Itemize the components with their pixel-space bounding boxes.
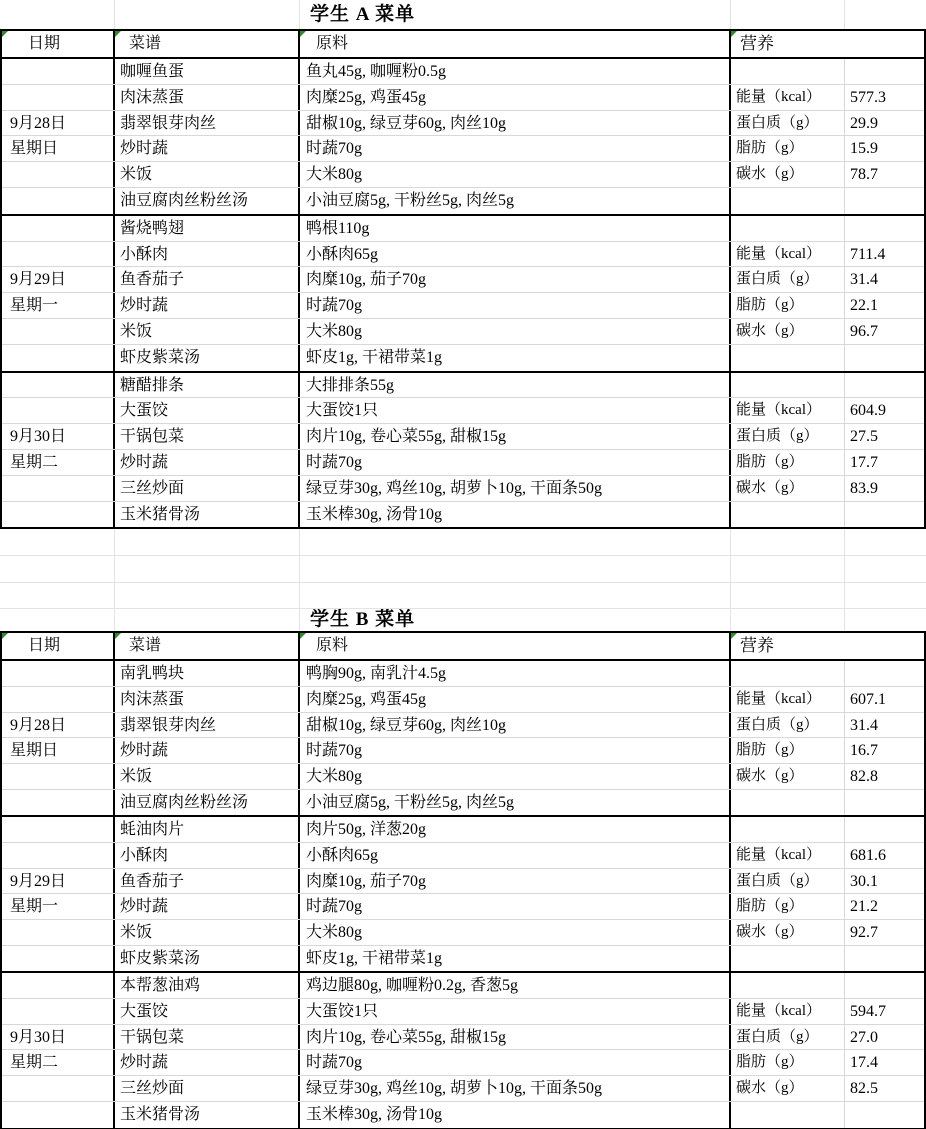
cell-error-icon [2,633,8,639]
nutrition-label-cell[interactable]: 碳水（g） [731,764,845,789]
dish-name-cell[interactable]: 小酥肉 [115,843,300,868]
empty-date-cell[interactable] [2,85,115,110]
ingredients-cell[interactable]: 玉米棒30g, 汤骨10g [300,502,731,528]
dish-name-cell[interactable]: 炒时蔬 [115,738,300,763]
ingredients-cell[interactable]: 绿豆芽30g, 鸡丝10g, 胡萝卜10g, 干面条50g [300,476,731,501]
header-date-label: 日期 [28,35,60,52]
nutrition-value-cell[interactable]: 78.7 [845,162,924,187]
dish-name-cell[interactable]: 蚝油肉片 [115,817,300,842]
ingredients-cell[interactable]: 大蛋饺1只 [300,398,731,423]
empty-grid-cell[interactable] [0,556,115,582]
nutrition-label-cell[interactable]: 蛋白质（g） [731,111,845,136]
ingredients-cell[interactable]: 肉糜10g, 茄子70g [300,869,731,894]
empty-nutrition-label-cell[interactable] [731,973,845,998]
nutrition-value-cell[interactable]: 27.0 [845,1025,924,1050]
nutrition-label-cell[interactable]: 能量（kcal） [731,85,845,110]
ingredients-cell[interactable]: 肉糜10g, 茄子70g [300,267,731,292]
header-ingredients[interactable]: 原料 [300,633,731,659]
nutrition-label-cell[interactable]: 脂肪（g） [731,1050,845,1075]
sheet-row: 小酥肉小酥肉65g能量（kcal）681.6 [2,843,924,869]
header-ingredients-label: 原料 [316,637,348,654]
empty-date-cell[interactable] [2,216,115,241]
nutrition-label-cell[interactable]: 蛋白质（g） [731,869,845,894]
empty-nutrition-value-cell[interactable] [845,817,924,842]
nutrition-label-cell[interactable]: 蛋白质（g） [731,713,845,738]
ingredients-cell[interactable]: 大米80g [300,764,731,789]
sheet-row: 9月29日鱼香茄子肉糜10g, 茄子70g蛋白质（g）31.4 [2,267,924,293]
ingredients-cell[interactable]: 时蔬70g [300,293,731,318]
sheet-row: 9月29日鱼香茄子肉糜10g, 茄子70g蛋白质（g）30.1 [2,869,924,895]
ingredients-cell[interactable]: 虾皮1g, 干裙带菜1g [300,946,731,972]
menu-title[interactable]: 学生 B 菜单 [300,609,731,631]
empty-nutrition-label-cell[interactable] [731,661,845,686]
cell-error-icon [731,31,737,37]
empty-date-cell[interactable] [2,817,115,842]
sheet-row: 星期二炒时蔬时蔬70g脂肪（g）17.4 [2,1050,924,1076]
header-date[interactable]: 日期 [2,633,115,659]
empty-grid-cell[interactable] [115,529,300,555]
ingredients-cell[interactable]: 肉片50g, 洋葱20g [300,817,731,842]
dish-name-cell[interactable]: 米饭 [115,920,300,945]
dish-name-cell[interactable]: 鱼香茄子 [115,267,300,292]
empty-date-cell[interactable] [2,687,115,712]
nutrition-value-cell[interactable]: 607.1 [845,687,924,712]
dish-name-cell[interactable]: 炒时蔬 [115,450,300,475]
nutrition-label-cell[interactable]: 脂肪（g） [731,293,845,318]
empty-grid-cell[interactable] [0,529,115,555]
nutrition-label-cell[interactable]: 脂肪（g） [731,738,845,763]
nutrition-label-cell[interactable]: 能量（kcal） [731,999,845,1024]
nutrition-value-cell[interactable]: 604.9 [845,398,924,423]
nutrition-value-cell[interactable]: 711.4 [845,242,924,267]
nutrition-label-cell[interactable]: 脂肪（g） [731,894,845,919]
day-blocks: 咖喱鱼蛋鱼丸45g, 咖喱粉0.5g肉沫蒸蛋肉糜25g, 鸡蛋45g能量（kca… [2,59,924,527]
empty-date-cell[interactable] [2,790,115,816]
empty-date-cell[interactable] [2,764,115,789]
sheet-row: 三丝炒面绿豆芽30g, 鸡丝10g, 胡萝卜10g, 干面条50g碳水（g）83… [2,476,924,502]
date-cell[interactable]: 9月30日 [2,424,115,449]
ingredients-cell[interactable]: 鸭胸90g, 南乳汁4.5g [300,661,731,686]
empty-grid-cell[interactable] [0,583,115,609]
empty-nutrition-value-cell[interactable] [845,1102,924,1128]
nutrition-value-cell[interactable]: 27.5 [845,424,924,449]
sheet-row: 虾皮紫菜汤虾皮1g, 干裙带菜1g [2,345,924,371]
empty-date-cell[interactable] [2,373,115,398]
header-nutrition[interactable]: 营养 [731,633,924,659]
cell-error-icon [2,31,8,37]
nutrition-value-cell[interactable]: 16.7 [845,738,924,763]
empty-nutrition-value-cell[interactable] [845,188,924,214]
sheet-row: 9月28日翡翠银芽肉丝甜椒10g, 绿豆芽60g, 肉丝10g蛋白质（g）31.… [2,713,924,739]
dish-name-cell[interactable]: 小酥肉 [115,242,300,267]
empty-grid-cell[interactable] [845,556,926,582]
dish-name-cell[interactable]: 油豆腐肉丝粉丝汤 [115,188,300,214]
menu-title[interactable]: 学生 A 菜单 [300,0,731,29]
cell-error-icon [115,633,121,639]
dish-name-cell[interactable]: 米饭 [115,162,300,187]
sheet-row: 星期一炒时蔬时蔬70g脂肪（g）22.1 [2,293,924,319]
nutrition-value-cell[interactable]: 15.9 [845,136,924,161]
sheet-row: 米饭大米80g碳水（g）92.7 [2,920,924,946]
dish-name-cell[interactable]: 南乳鸭块 [115,661,300,686]
empty-nutrition-label-cell[interactable] [731,790,845,816]
nutrition-value-cell[interactable]: 17.7 [845,450,924,475]
dish-name-cell[interactable]: 玉米猪骨汤 [115,502,300,528]
header-nutrition[interactable]: 营养 [731,31,924,57]
empty-date-cell[interactable] [2,843,115,868]
empty-grid-cell[interactable] [300,529,731,555]
ingredients-cell[interactable]: 虾皮1g, 干裙带菜1g [300,345,731,371]
ingredients-cell[interactable]: 大米80g [300,162,731,187]
ingredients-cell[interactable]: 鸭根110g [300,216,731,241]
weekday-cell[interactable]: 星期二 [2,1050,115,1075]
empty-nutrition-label-cell[interactable] [731,502,845,528]
ingredients-cell[interactable]: 时蔬70g [300,1050,731,1075]
empty-date-cell[interactable] [2,59,115,84]
day-block: 蚝油肉片肉片50g, 洋葱20g小酥肉小酥肉65g能量（kcal）681.69月… [2,817,924,973]
header-recipe-label: 菜谱 [129,637,161,654]
empty-nutrition-value-cell[interactable] [845,790,924,816]
nutrition-label-cell[interactable]: 碳水（g） [731,319,845,344]
dish-name-cell[interactable]: 大蛋饺 [115,999,300,1024]
sheet-row [0,556,926,583]
ingredients-cell[interactable]: 鸡边腿80g, 咖喱粉0.2g, 香葱5g [300,973,731,998]
weekday-cell[interactable]: 星期日 [2,738,115,763]
menu-table-a: 学生 A 菜单 日期 菜谱 原料 营养 咖喱鱼蛋鱼丸45g, 咖喱粉0.5g肉沫… [0,0,926,529]
nutrition-value-cell[interactable]: 83.9 [845,476,924,501]
nutrition-value-cell[interactable]: 92.7 [845,920,924,945]
day-block: 南乳鸭块鸭胸90g, 南乳汁4.5g肉沫蒸蛋肉糜25g, 鸡蛋45g能量（kca… [2,661,924,817]
title-row: 学生 B 菜单 [0,609,926,631]
sheet-row: 星期二炒时蔬时蔬70g脂肪（g）17.7 [2,450,924,476]
dish-name-cell[interactable]: 肉沫蒸蛋 [115,687,300,712]
nutrition-label-cell[interactable]: 能量（kcal） [731,242,845,267]
date-cell[interactable]: 9月29日 [2,267,115,292]
ingredients-cell[interactable]: 小油豆腐5g, 干粉丝5g, 肉丝5g [300,790,731,816]
header-row: 日期 菜谱 原料 营养 [2,633,924,661]
nutrition-value-cell[interactable]: 594.7 [845,999,924,1024]
header-date[interactable]: 日期 [2,31,115,57]
sheet-row: 米饭大米80g碳水（g）96.7 [2,319,924,345]
nutrition-value-cell[interactable]: 31.4 [845,713,924,738]
dish-name-cell[interactable]: 大蛋饺 [115,398,300,423]
header-recipe[interactable]: 菜谱 [115,633,300,659]
ingredients-cell[interactable]: 鱼丸45g, 咖喱粉0.5g [300,59,731,84]
empty-grid-cell[interactable] [731,529,845,555]
dish-name-cell[interactable]: 酱烧鸭翅 [115,216,300,241]
sheet-row: 星期日炒时蔬时蔬70g脂肪（g）15.9 [2,136,924,162]
date-cell[interactable]: 9月30日 [2,1025,115,1050]
empty-nutrition-value-cell[interactable] [845,59,924,84]
nutrition-value-cell[interactable]: 31.4 [845,267,924,292]
day-block: 咖喱鱼蛋鱼丸45g, 咖喱粉0.5g肉沫蒸蛋肉糜25g, 鸡蛋45g能量（kca… [2,59,924,216]
empty-grid-cell[interactable] [845,0,926,29]
sheet-row: 米饭大米80g碳水（g）78.7 [2,162,924,188]
empty-grid-cell[interactable] [845,583,926,609]
dish-name-cell[interactable]: 米饭 [115,319,300,344]
empty-grid-cell[interactable] [115,556,300,582]
nutrition-label-cell[interactable]: 蛋白质（g） [731,424,845,449]
ingredients-cell[interactable]: 时蔬70g [300,894,731,919]
sheet-row: 玉米猪骨汤玉米棒30g, 汤骨10g [2,1102,924,1128]
empty-grid-cell[interactable] [300,583,731,609]
nutrition-label-cell[interactable]: 能量（kcal） [731,687,845,712]
nutrition-value-cell[interactable]: 21.2 [845,894,924,919]
empty-nutrition-label-cell[interactable] [731,345,845,371]
day-blocks: 南乳鸭块鸭胸90g, 南乳汁4.5g肉沫蒸蛋肉糜25g, 鸡蛋45g能量（kca… [2,661,924,1127]
nutrition-label-cell[interactable]: 脂肪（g） [731,450,845,475]
sheet-row: 星期一炒时蔬时蔬70g脂肪（g）21.2 [2,894,924,920]
header-ingredients[interactable]: 原料 [300,31,731,57]
sheet-row: 本帮葱油鸡鸡边腿80g, 咖喱粉0.2g, 香葱5g [2,973,924,999]
empty-grid-cell[interactable] [731,556,845,582]
ingredients-cell[interactable]: 大排排条55g [300,373,731,398]
ingredients-cell[interactable]: 甜椒10g, 绿豆芽60g, 肉丝10g [300,713,731,738]
ingredients-cell[interactable]: 绿豆芽30g, 鸡丝10g, 胡萝卜10g, 干面条50g [300,1076,731,1101]
empty-nutrition-value-cell[interactable] [845,973,924,998]
empty-date-cell[interactable] [2,920,115,945]
dish-name-cell[interactable]: 干锅包菜 [115,1025,300,1050]
dish-name-cell[interactable]: 炒时蔬 [115,1050,300,1075]
ingredients-cell[interactable]: 大米80g [300,920,731,945]
empty-nutrition-label-cell[interactable] [731,1102,845,1128]
cell-error-icon [731,633,737,639]
nutrition-value-cell[interactable]: 96.7 [845,319,924,344]
nutrition-value-cell[interactable]: 82.5 [845,1076,924,1101]
dish-name-cell[interactable]: 炒时蔬 [115,894,300,919]
empty-nutrition-value-cell[interactable] [845,946,924,972]
nutrition-value-cell[interactable]: 82.8 [845,764,924,789]
nutrition-label-cell[interactable]: 碳水（g） [731,920,845,945]
sheet-row: 大蛋饺大蛋饺1只能量（kcal）594.7 [2,999,924,1025]
dish-name-cell[interactable]: 咖喱鱼蛋 [115,59,300,84]
empty-nutrition-value-cell[interactable] [845,502,924,528]
dish-name-cell[interactable]: 糖醋排条 [115,373,300,398]
nutrition-value-cell[interactable]: 22.1 [845,293,924,318]
empty-grid-cell[interactable] [115,609,300,631]
ingredients-cell[interactable]: 甜椒10g, 绿豆芽60g, 肉丝10g [300,111,731,136]
header-ingredients-label: 原料 [316,35,348,52]
nutrition-label-cell[interactable]: 碳水（g） [731,1076,845,1101]
empty-date-cell[interactable] [2,661,115,686]
day-block: 糖醋排条大排排条55g大蛋饺大蛋饺1只能量（kcal）604.99月30日干锅包… [2,373,924,528]
dish-name-cell[interactable]: 虾皮紫菜汤 [115,946,300,972]
empty-date-cell[interactable] [2,398,115,423]
empty-nutrition-value-cell[interactable] [845,345,924,371]
empty-grid-cell[interactable] [300,556,731,582]
day-block: 本帮葱油鸡鸡边腿80g, 咖喱粉0.2g, 香葱5g大蛋饺大蛋饺1只能量（kca… [2,973,924,1127]
sheet-row: 小酥肉小酥肉65g能量（kcal）711.4 [2,242,924,268]
dish-name-cell[interactable]: 翡翠银芽肉丝 [115,713,300,738]
header-date-label: 日期 [28,637,60,654]
empty-date-cell[interactable] [2,502,115,528]
dish-name-cell[interactable]: 米饭 [115,764,300,789]
ingredients-cell[interactable]: 时蔬70g [300,450,731,475]
empty-grid-cell[interactable] [0,0,115,29]
sheet-row: 咖喱鱼蛋鱼丸45g, 咖喱粉0.5g [2,59,924,85]
empty-nutrition-label-cell[interactable] [731,188,845,214]
nutrition-label-cell[interactable]: 能量（kcal） [731,398,845,423]
dish-name-cell[interactable]: 虾皮紫菜汤 [115,345,300,371]
spreadsheet: 学生 A 菜单 日期 菜谱 原料 营养 咖喱鱼蛋鱼丸45g, 咖喱粉0.5g肉沫… [0,0,926,1129]
empty-date-cell[interactable] [2,319,115,344]
empty-date-cell[interactable] [2,188,115,214]
empty-date-cell[interactable] [2,973,115,998]
dish-name-cell[interactable]: 本帮葱油鸡 [115,973,300,998]
ingredients-cell[interactable]: 大蛋饺1只 [300,999,731,1024]
weekday-cell[interactable]: 星期二 [2,450,115,475]
day-block: 酱烧鸭翅鸭根110g小酥肉小酥肉65g能量（kcal）711.49月29日鱼香茄… [2,216,924,373]
nutrition-label-cell[interactable]: 碳水（g） [731,476,845,501]
ingredients-cell[interactable]: 小酥肉65g [300,242,731,267]
ingredients-cell[interactable]: 玉米棒30g, 汤骨10g [300,1102,731,1128]
empty-nutrition-label-cell[interactable] [731,946,845,972]
weekday-cell[interactable]: 星期一 [2,293,115,318]
sheet-row: 9月30日干锅包菜肉片10g, 卷心菜55g, 甜椒15g蛋白质（g）27.0 [2,1025,924,1051]
header-row: 日期 菜谱 原料 营养 [2,31,924,59]
header-nutrition-label: 营养 [740,34,774,53]
sheet-row: 星期日炒时蔬时蔬70g脂肪（g）16.7 [2,738,924,764]
header-nutrition-label: 营养 [740,636,774,655]
empty-nutrition-value-cell[interactable] [845,661,924,686]
cell-error-icon [300,31,306,37]
nutrition-value-cell[interactable]: 29.9 [845,111,924,136]
cell-error-icon [300,633,306,639]
sheet-row: 三丝炒面绿豆芽30g, 鸡丝10g, 胡萝卜10g, 干面条50g碳水（g）82… [2,1076,924,1102]
dish-name-cell[interactable]: 干锅包菜 [115,424,300,449]
empty-nutrition-label-cell[interactable] [731,59,845,84]
header-recipe[interactable]: 菜谱 [115,31,300,57]
sheet-row: 蚝油肉片肉片50g, 洋葱20g [2,817,924,843]
empty-nutrition-value-cell[interactable] [845,373,924,398]
menu-grid: 日期 菜谱 原料 营养 南乳鸭块鸭胸90g, 南乳汁4.5g肉沫蒸蛋肉糜25g,… [0,631,926,1129]
date-cell[interactable]: 9月28日 [2,111,115,136]
nutrition-label-cell[interactable]: 脂肪（g） [731,136,845,161]
dish-name-cell[interactable]: 翡翠银芽肉丝 [115,111,300,136]
ingredients-cell[interactable]: 小油豆腐5g, 干粉丝5g, 肉丝5g [300,188,731,214]
empty-date-cell[interactable] [2,162,115,187]
sheet-row: 南乳鸭块鸭胸90g, 南乳汁4.5g [2,661,924,687]
dish-name-cell[interactable]: 三丝炒面 [115,1076,300,1101]
empty-nutrition-label-cell[interactable] [731,373,845,398]
empty-date-cell[interactable] [2,476,115,501]
sheet-row: 油豆腐肉丝粉丝汤小油豆腐5g, 干粉丝5g, 肉丝5g [2,188,924,214]
nutrition-label-cell[interactable]: 蛋白质（g） [731,1025,845,1050]
empty-grid-cell[interactable] [115,583,300,609]
menu-table-b: 学生 B 菜单 日期 菜谱 原料 营养 南乳鸭块鸭胸90g, 南乳汁4.5g肉沫… [0,609,926,1129]
sheet-row [0,529,926,556]
sheet-row: 肉沫蒸蛋肉糜25g, 鸡蛋45g能量（kcal）607.1 [2,687,924,713]
grid-spacer [0,529,926,609]
empty-grid-cell[interactable] [0,609,115,631]
empty-grid-cell[interactable] [731,0,845,29]
ingredients-cell[interactable]: 肉糜25g, 鸡蛋45g [300,687,731,712]
empty-grid-cell[interactable] [115,0,300,29]
empty-date-cell[interactable] [2,1102,115,1128]
dish-name-cell[interactable]: 鱼香茄子 [115,869,300,894]
sheet-row: 大蛋饺大蛋饺1只能量（kcal）604.9 [2,398,924,424]
nutrition-label-cell[interactable]: 能量（kcal） [731,843,845,868]
sheet-row: 肉沫蒸蛋肉糜25g, 鸡蛋45g能量（kcal）577.3 [2,85,924,111]
dish-name-cell[interactable]: 三丝炒面 [115,476,300,501]
empty-grid-cell[interactable] [845,609,926,631]
sheet-row: 米饭大米80g碳水（g）82.8 [2,764,924,790]
sheet-row: 糖醋排条大排排条55g [2,373,924,399]
sheet-row: 虾皮紫菜汤虾皮1g, 干裙带菜1g [2,946,924,972]
empty-date-cell[interactable] [2,1076,115,1101]
header-recipe-label: 菜谱 [129,35,161,52]
empty-nutrition-label-cell[interactable] [731,817,845,842]
ingredients-cell[interactable]: 时蔬70g [300,136,731,161]
empty-date-cell[interactable] [2,999,115,1024]
date-cell[interactable]: 9月28日 [2,713,115,738]
nutrition-value-cell[interactable]: 17.4 [845,1050,924,1075]
dish-name-cell[interactable]: 油豆腐肉丝粉丝汤 [115,790,300,816]
sheet-row: 酱烧鸭翅鸭根110g [2,216,924,242]
weekday-cell[interactable]: 星期日 [2,136,115,161]
empty-grid-cell[interactable] [731,609,845,631]
nutrition-value-cell[interactable]: 577.3 [845,85,924,110]
menu-grid: 日期 菜谱 原料 营养 咖喱鱼蛋鱼丸45g, 咖喱粉0.5g肉沫蒸蛋肉糜25g,… [0,29,926,529]
ingredients-cell[interactable]: 肉糜25g, 鸡蛋45g [300,85,731,110]
sheet-row [0,583,926,610]
empty-nutrition-label-cell[interactable] [731,216,845,241]
ingredients-cell[interactable]: 肉片10g, 卷心菜55g, 甜椒15g [300,424,731,449]
sheet-row: 9月30日干锅包菜肉片10g, 卷心菜55g, 甜椒15g蛋白质（g）27.5 [2,424,924,450]
ingredients-cell[interactable]: 时蔬70g [300,738,731,763]
sheet-row: 油豆腐肉丝粉丝汤小油豆腐5g, 干粉丝5g, 肉丝5g [2,790,924,816]
empty-date-cell[interactable] [2,345,115,371]
cell-error-icon [115,31,121,37]
dish-name-cell[interactable]: 玉米猪骨汤 [115,1102,300,1128]
empty-grid-cell[interactable] [845,529,926,555]
weekday-cell[interactable]: 星期一 [2,894,115,919]
empty-date-cell[interactable] [2,242,115,267]
empty-nutrition-value-cell[interactable] [845,216,924,241]
nutrition-label-cell[interactable]: 碳水（g） [731,162,845,187]
sheet-row: 玉米猪骨汤玉米棒30g, 汤骨10g [2,502,924,528]
ingredients-cell[interactable]: 大米80g [300,319,731,344]
nutrition-value-cell[interactable]: 30.1 [845,869,924,894]
dish-name-cell[interactable]: 肉沫蒸蛋 [115,85,300,110]
ingredients-cell[interactable]: 肉片10g, 卷心菜55g, 甜椒15g [300,1025,731,1050]
empty-grid-cell[interactable] [731,583,845,609]
date-cell[interactable]: 9月29日 [2,869,115,894]
ingredients-cell[interactable]: 小酥肉65g [300,843,731,868]
dish-name-cell[interactable]: 炒时蔬 [115,136,300,161]
empty-date-cell[interactable] [2,946,115,972]
title-row: 学生 A 菜单 [0,0,926,29]
nutrition-label-cell[interactable]: 蛋白质（g） [731,267,845,292]
sheet-row: 9月28日翡翠银芽肉丝甜椒10g, 绿豆芽60g, 肉丝10g蛋白质（g）29.… [2,111,924,137]
nutrition-value-cell[interactable]: 681.6 [845,843,924,868]
dish-name-cell[interactable]: 炒时蔬 [115,293,300,318]
